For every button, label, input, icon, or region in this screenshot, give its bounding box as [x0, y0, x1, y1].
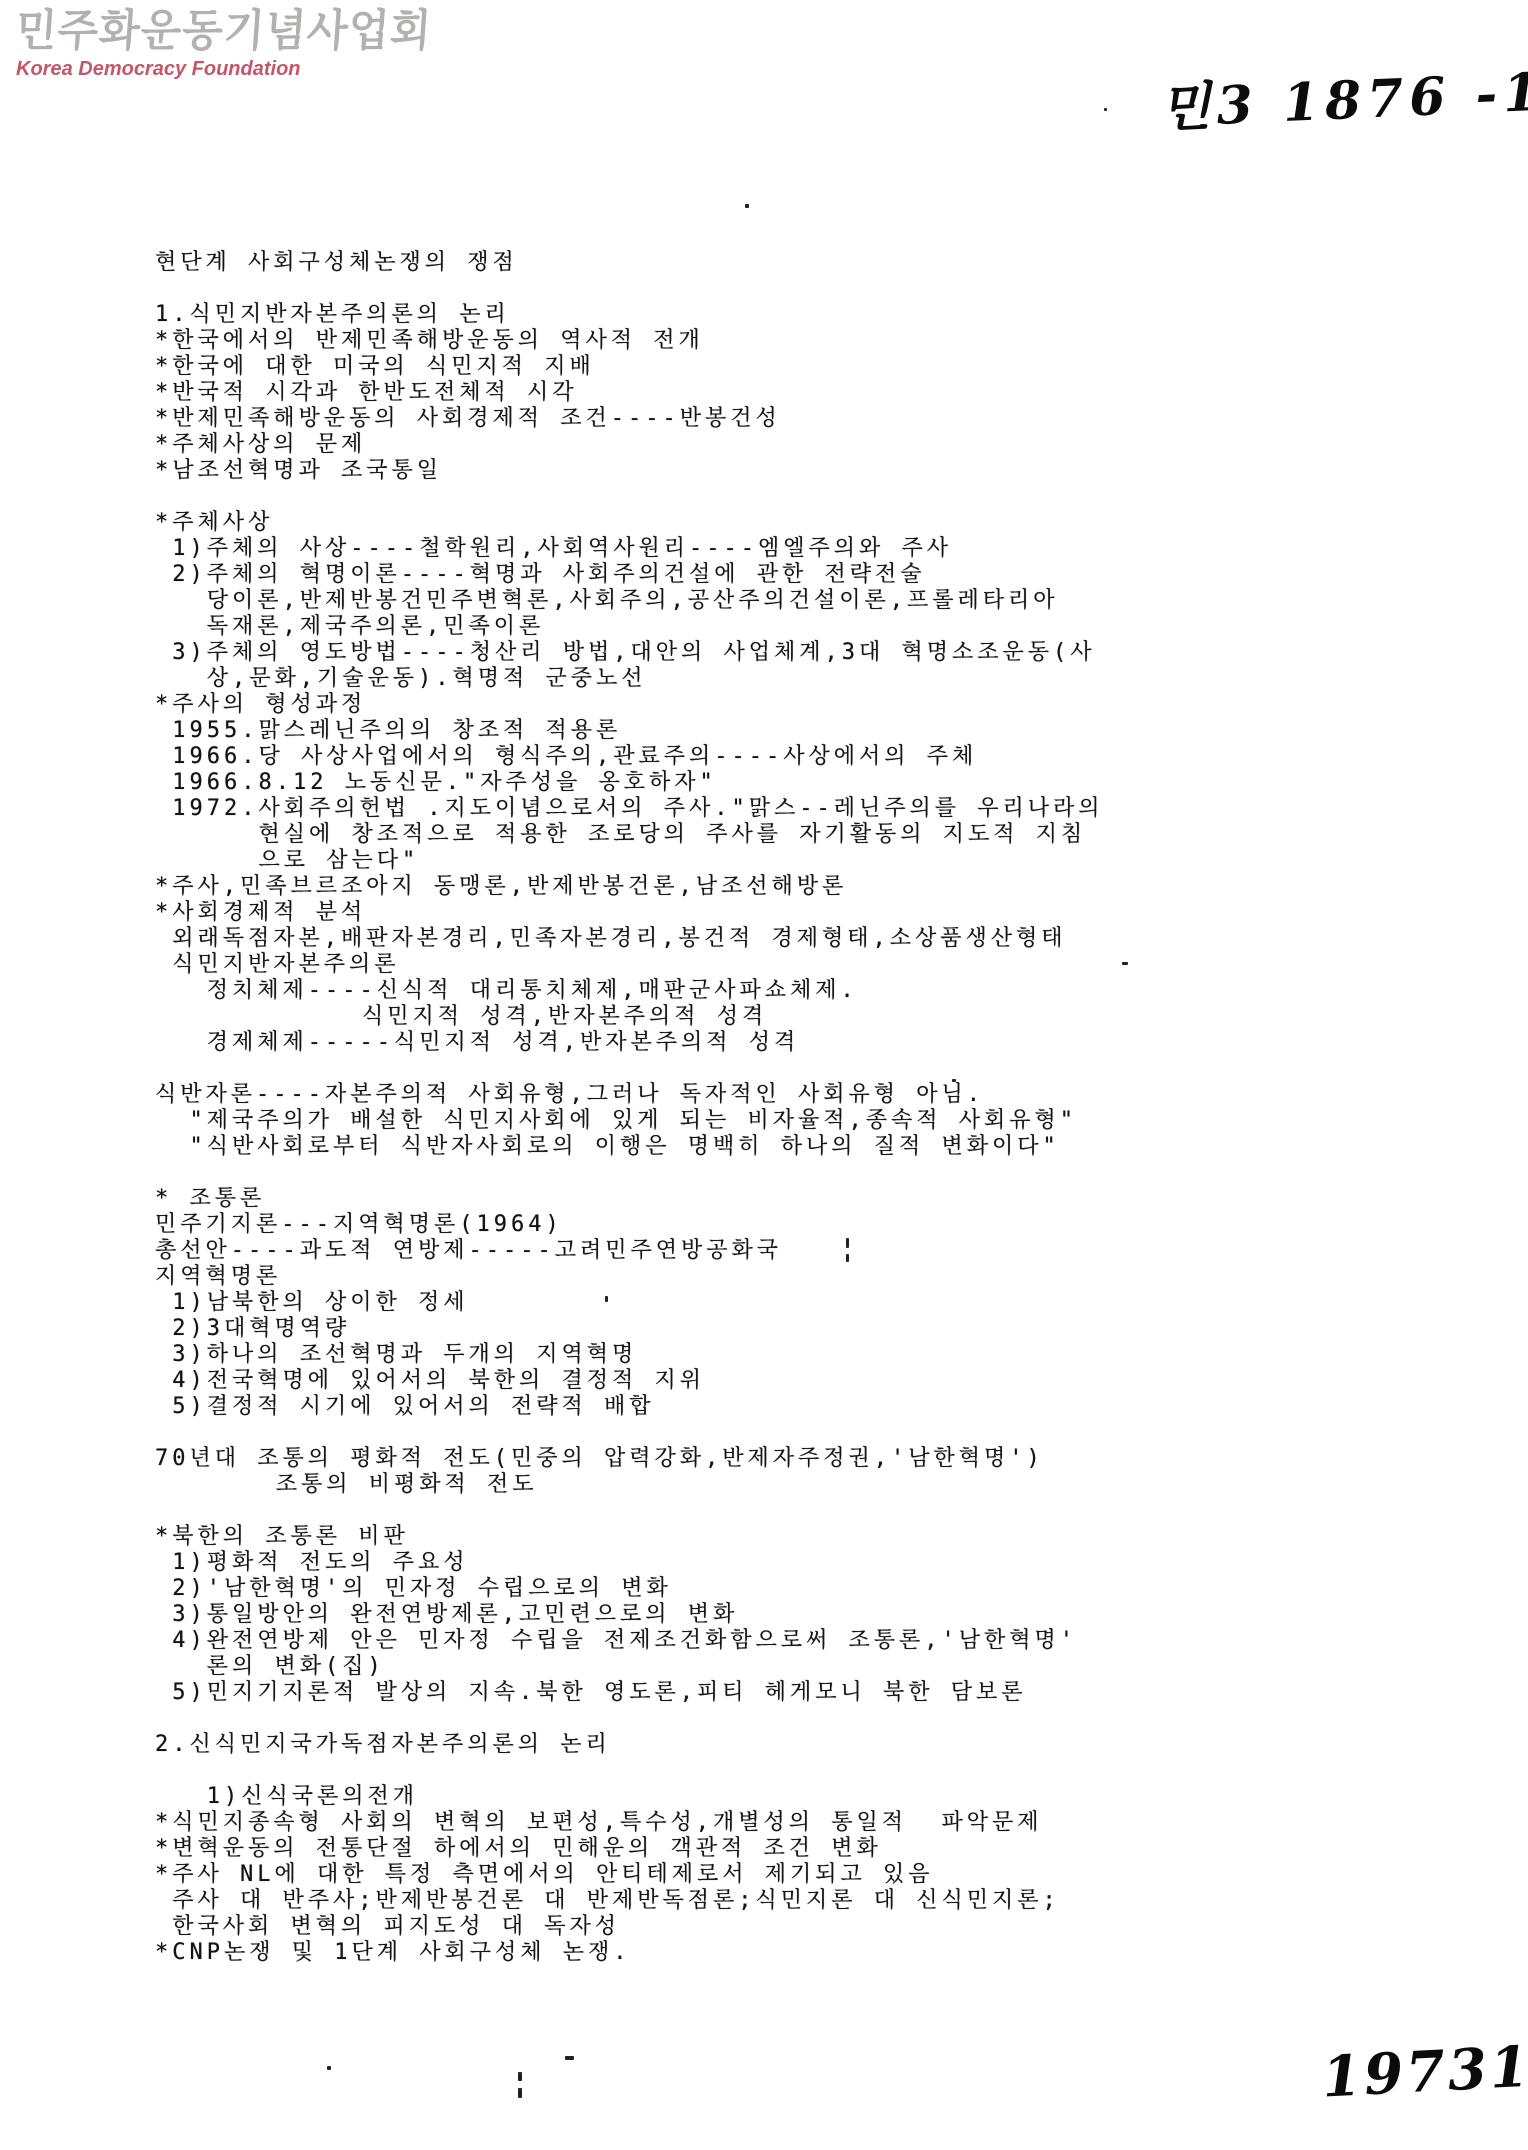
scan-speck [846, 1254, 849, 1262]
scanned-document-page: 민주화운동기념사업회 Korea Democracy Foundation 민3… [0, 0, 1528, 2150]
scan-speck [846, 1238, 849, 1248]
scan-speck [952, 1079, 956, 1082]
typewritten-document-text: 현단계 사회구성체논쟁의 쟁점 1.식민지반자본주의론의 논리 *한국에서의 반… [155, 250, 1104, 1966]
handwritten-archival-code: 민3 1876 -1 [1159, 50, 1528, 142]
korea-democracy-foundation-logo: 민주화운동기념사업회 Korea Democracy Foundation [16, 8, 432, 81]
handwritten-page-number: 197316 [1320, 2031, 1528, 2110]
scan-speck [518, 2072, 522, 2081]
scan-speck [745, 204, 749, 208]
scan-speck [605, 1296, 608, 1302]
scan-speck [518, 2088, 522, 2098]
scan-speck [1104, 108, 1107, 111]
scan-speck [327, 2066, 331, 2070]
scan-speck [1122, 962, 1128, 965]
logo-korean-text: 민주화운동기념사업회 [14, 7, 433, 55]
scan-speck [565, 2056, 574, 2060]
logo-english-text: Korea Democracy Foundation [16, 58, 432, 81]
